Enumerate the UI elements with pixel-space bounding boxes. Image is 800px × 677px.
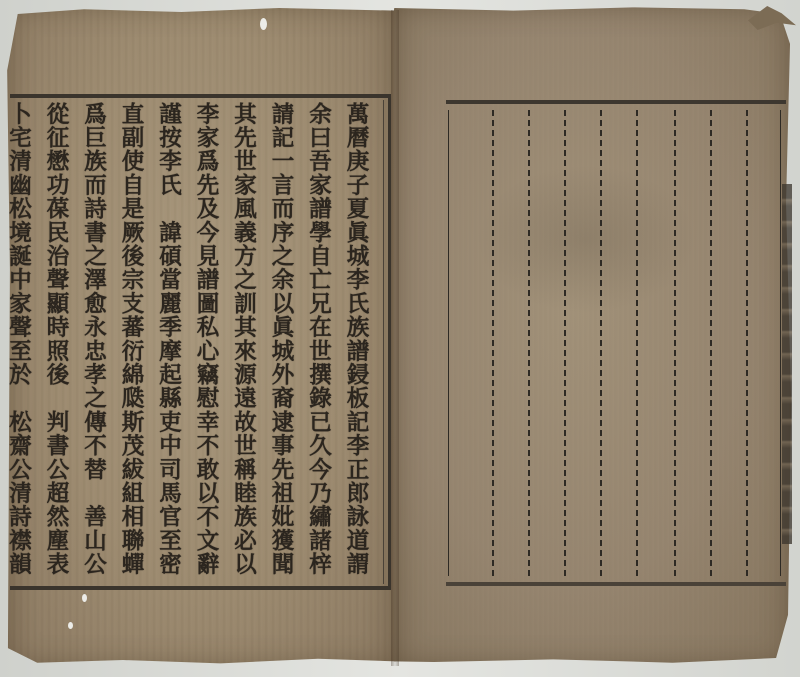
- text-column: 請記一言而序之余以眞城外裔逮事先祖妣獲聞: [262, 102, 300, 586]
- worm-hole: [68, 622, 73, 629]
- column-rule: [528, 110, 530, 576]
- column-rule: [710, 110, 712, 576]
- worm-hole: [260, 18, 267, 30]
- worm-hole: [82, 594, 87, 602]
- text-column: 其先世家風義方之訓其來源遠故世稱睦族必以: [224, 102, 262, 586]
- column-rule: [492, 110, 494, 576]
- text-column: 謹按李氏 諱碩當麗季摩起縣吏中司馬官至密: [149, 102, 187, 586]
- text-column: 從征懋功葆民治聲顯時照後 判書公超然塵表: [37, 102, 75, 586]
- column-rule: [448, 110, 449, 576]
- column-rule: [674, 110, 676, 576]
- text-column: 李家爲先及今見譜圖私心竊慰幸不敢以不文辭: [187, 102, 225, 586]
- column-rule: [564, 110, 566, 576]
- text-column: 直副使自是厥後宗支蕃衍綿瓞斯茂紱組相聯蟬: [112, 102, 150, 586]
- text-column: 卜宅清幽松境誕中家聲至於 松齋公清詩襟韻: [0, 102, 37, 586]
- column-rule: [780, 110, 781, 576]
- open-book: 萬曆庚子夏眞城李氏族譜鋟板記李正郎詠道謂 余曰吾家譜學自亡兄在世撰錄已久今乃繡諸…: [6, 4, 792, 668]
- ruled-frame: [446, 100, 786, 586]
- text-column: 余曰吾家譜學自亡兄在世撰錄已久今乃繡諸梓: [299, 102, 337, 586]
- column-rule: [636, 110, 638, 576]
- left-page: 萬曆庚子夏眞城李氏族譜鋟板記李正郎詠道謂 余曰吾家譜學自亡兄在世撰錄已久今乃繡諸…: [6, 4, 396, 668]
- book-gutter: [391, 10, 399, 666]
- text-column: 爲巨族而詩書之澤愈永忠孝之傳不替 善山公: [74, 102, 112, 586]
- column-rule: [746, 110, 748, 576]
- text-frame: 萬曆庚子夏眞城李氏族譜鋟板記李正郎詠道謂 余曰吾家譜學自亡兄在世撰錄已久今乃繡諸…: [10, 94, 391, 590]
- frame-rule: [383, 100, 384, 584]
- text-columns: 萬曆庚子夏眞城李氏族譜鋟板記李正郎詠道謂 余曰吾家譜學自亡兄在世撰錄已久今乃繡諸…: [0, 102, 374, 586]
- text-column: 萬曆庚子夏眞城李氏族譜鋟板記李正郎詠道謂: [337, 102, 375, 586]
- next-page-edge: [782, 184, 792, 544]
- column-rule: [600, 110, 602, 576]
